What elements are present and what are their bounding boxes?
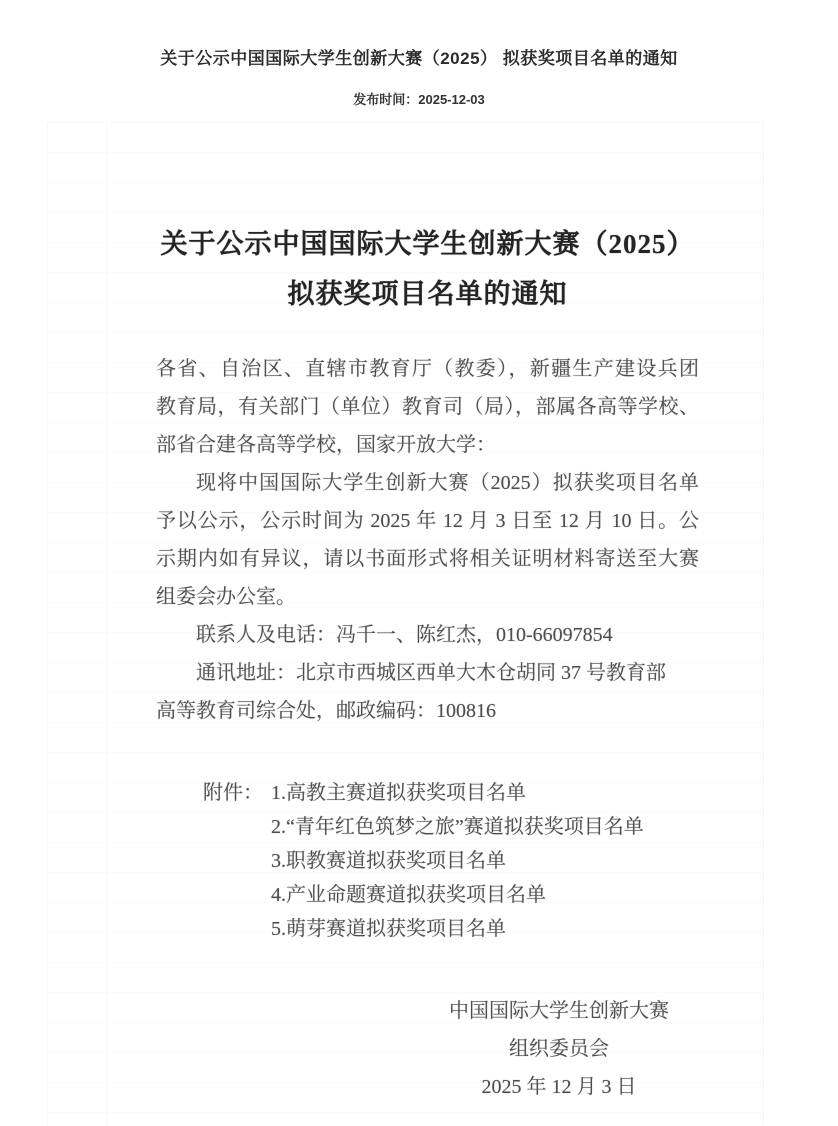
attachment-item: 5.萌芽赛道拟获奖项目名单 — [271, 912, 644, 946]
publish-date: 发布时间：2025-12-03 — [0, 89, 838, 108]
notice-title-line2: 拟获奖项目名单的通知 — [156, 269, 699, 319]
body-line: 组委会办公室。 — [156, 578, 699, 616]
attachment-item: 3.职教赛道拟获奖项目名单 — [271, 844, 644, 878]
scanned-notice-document: 关于公示中国国际大学生创新大赛（2025） 拟获奖项目名单的通知 各省、自治区、… — [47, 122, 764, 1126]
body-line: 各省、自治区、直辖市教育厅（教委），新疆生产建设兵团 — [156, 350, 699, 388]
body-line: 联系人及电话：冯千一、陈红杰，010-66097854 — [156, 616, 699, 654]
body-line: 通讯地址：北京市西城区西单大木仓胡同 37 号教育部 — [156, 654, 699, 692]
signature-org-line2: 组织委员会 — [441, 1030, 677, 1068]
body-line: 教育局，有关部门（单位）教育司（局），部属各高等学校、 — [156, 388, 699, 426]
attachments-block: 附件： 1.高教主赛道拟获奖项目名单 2.“青年红色筑梦之旅”赛道拟获奖项目名单… — [203, 776, 644, 946]
attachment-item: 2.“青年红色筑梦之旅”赛道拟获奖项目名单 — [271, 810, 644, 844]
body-line: 部省合建各高等学校，国家开放大学： — [156, 426, 699, 464]
attachment-item: 1.高教主赛道拟获奖项目名单 — [271, 776, 644, 810]
signature-block: 中国国际大学生创新大赛 组织委员会 2025 年 12 月 3 日 — [441, 992, 677, 1106]
body-line: 现将中国国际大学生创新大赛（2025）拟获奖项目名单 — [156, 464, 699, 502]
body-line: 示期内如有异议，请以书面形式将相关证明材料寄送至大赛 — [156, 540, 699, 578]
notice-body: 各省、自治区、直辖市教育厅（教委），新疆生产建设兵团 教育局，有关部门（单位）教… — [156, 350, 699, 730]
scan-artifact-line — [106, 123, 107, 1126]
attachment-item: 4.产业命题赛道拟获奖项目名单 — [271, 878, 644, 912]
notice-title: 关于公示中国国际大学生创新大赛（2025） 拟获奖项目名单的通知 — [156, 219, 699, 319]
page-title: 关于公示中国国际大学生创新大赛（2025） 拟获奖项目名单的通知 — [0, 44, 838, 69]
notice-title-line1: 关于公示中国国际大学生创新大赛（2025） — [156, 219, 699, 269]
attachments-label: 附件： — [203, 776, 263, 810]
attachments-list: 1.高教主赛道拟获奖项目名单 2.“青年红色筑梦之旅”赛道拟获奖项目名单 3.职… — [271, 776, 644, 946]
body-line: 予以公示，公示时间为 2025 年 12 月 3 日至 12 月 10 日。公 — [156, 502, 699, 540]
body-line: 高等教育司综合处，邮政编码：100816 — [156, 692, 699, 730]
signature-org-line1: 中国国际大学生创新大赛 — [441, 992, 677, 1030]
signature-date: 2025 年 12 月 3 日 — [441, 1068, 677, 1106]
